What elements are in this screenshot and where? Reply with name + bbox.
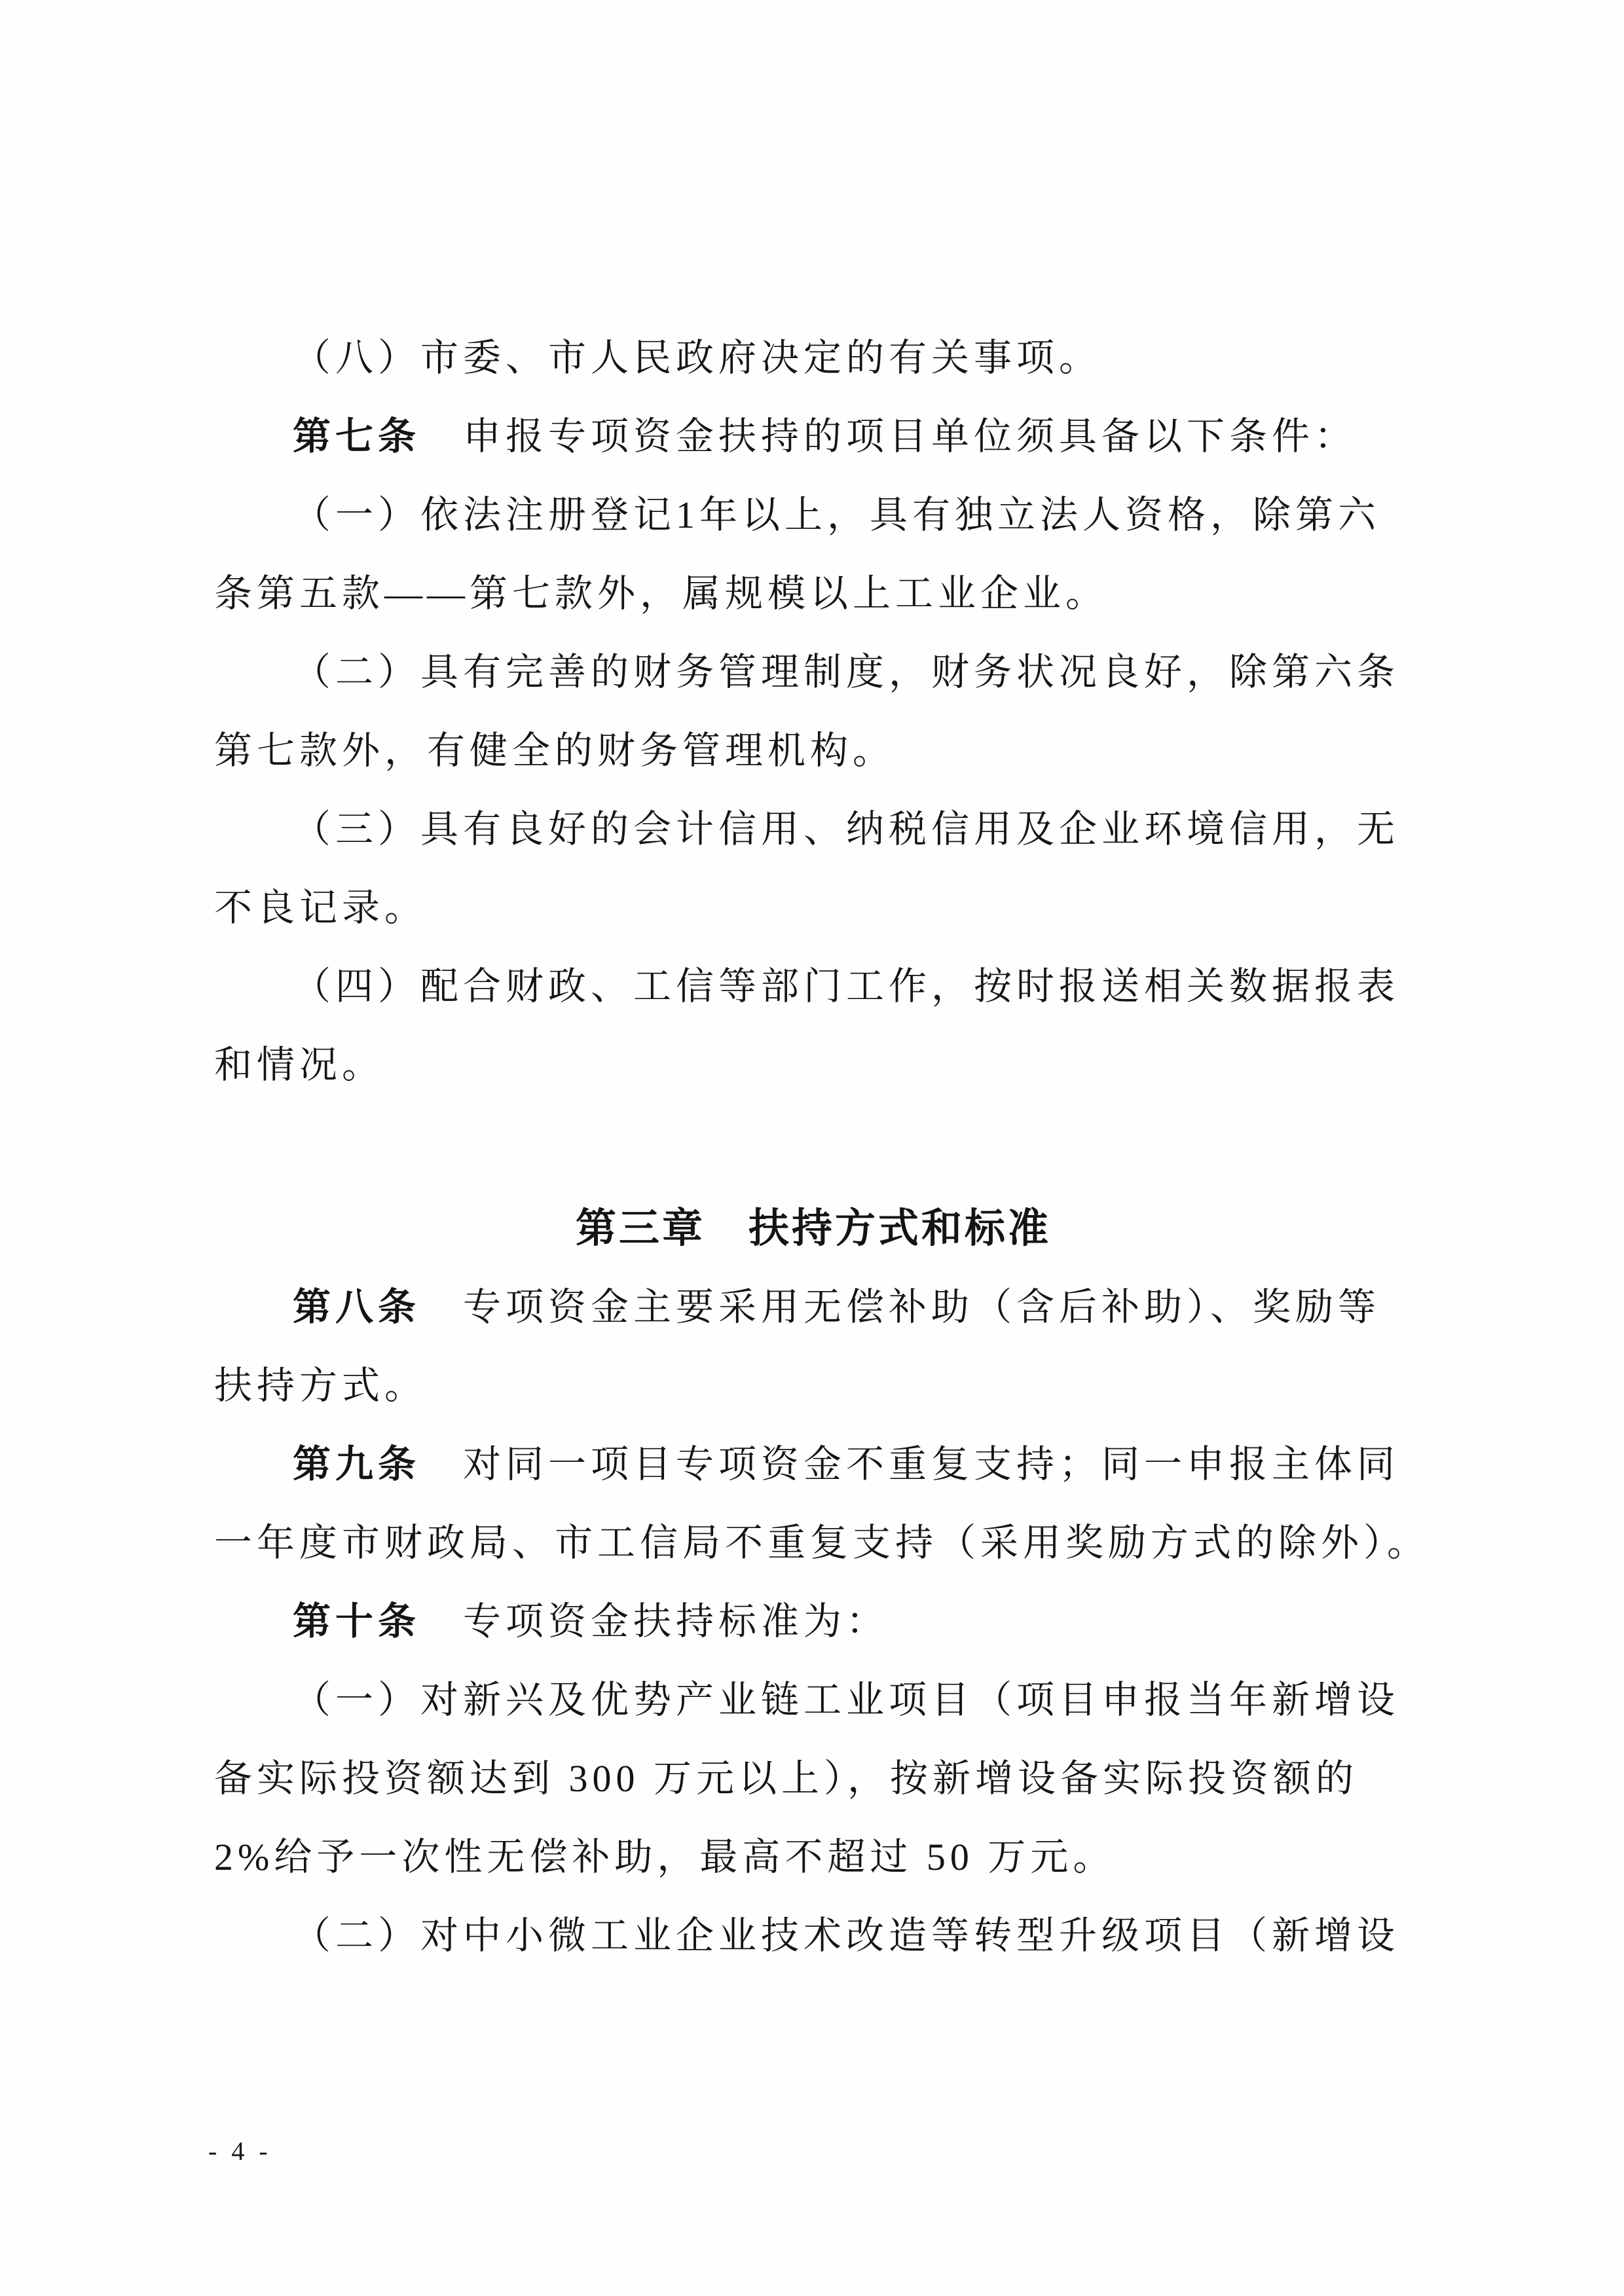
chapter-heading: 第三章 扶持方式和标准 bbox=[214, 1190, 1412, 1268]
text-segment: 第七款外，有健全的财务管理机构。 bbox=[214, 729, 895, 772]
text-line: 和情况。 bbox=[214, 1026, 1412, 1104]
text-line: （三）具有良好的会计信用、纳税信用及企业环境信用，无 bbox=[214, 790, 1412, 869]
document-content: （八）市委、市人民政府决定的有关事项。第七条 申报专项资金扶持的项目单位须具备以… bbox=[214, 319, 1412, 1975]
text-line: 第七条 申报专项资金扶持的项目单位须具备以下条件： bbox=[214, 397, 1412, 476]
text-line: 第十条 专项资金扶持标准为： bbox=[214, 1582, 1412, 1661]
text-line: 2%给予一次性无偿补助，最高不超过 50 万元。 bbox=[214, 1818, 1412, 1897]
text-segment: （一）依法注册登记1年以上，具有独立法人资格，除第六 bbox=[293, 494, 1380, 536]
article-number: 第十条 bbox=[293, 1600, 420, 1643]
text-segment: （二）具有完善的财务管理制度，财务状况良好，除第六条 bbox=[293, 651, 1399, 693]
text-line: （四）配合财政、工信等部门工作，按时报送相关数据报表 bbox=[214, 947, 1412, 1026]
article-number: 第九条 bbox=[293, 1443, 420, 1485]
article-number: 第三章 扶持方式和标准 bbox=[576, 1206, 1051, 1251]
text-line: 一年度市财政局、市工信局不重复支持（采用奖励方式的除外）。 bbox=[214, 1504, 1412, 1582]
text-line: 第八条 专项资金主要采用无偿补助（含后补助）、奖励等 bbox=[214, 1268, 1412, 1347]
text-line: 备实际投资额达到 300 万元以上），按新增设备实际投资额的 bbox=[214, 1740, 1412, 1818]
text-line: 不良记录。 bbox=[214, 869, 1412, 947]
text-line: （一）依法注册登记1年以上，具有独立法人资格，除第六 bbox=[214, 476, 1412, 555]
text-line: （八）市委、市人民政府决定的有关事项。 bbox=[214, 319, 1412, 397]
text-segment: 专项资金主要采用无偿补助（含后补助）、奖励等 bbox=[420, 1286, 1380, 1328]
article-number: 第八条 bbox=[293, 1286, 420, 1328]
text-line: 第九条 对同一项目专项资金不重复支持；同一申报主体同 bbox=[214, 1425, 1412, 1504]
text-segment: 2%给予一次性无偿补助，最高不超过 50 万元。 bbox=[214, 1836, 1115, 1878]
text-line: 扶持方式。 bbox=[214, 1347, 1412, 1425]
text-line: （二）具有完善的财务管理制度，财务状况良好，除第六条 bbox=[214, 633, 1412, 712]
text-segment: 对同一项目专项资金不重复支持；同一申报主体同 bbox=[420, 1443, 1399, 1485]
text-segment: 专项资金扶持标准为： bbox=[420, 1600, 889, 1643]
text-segment: 不良记录。 bbox=[214, 886, 427, 929]
text-line: （一）对新兴及优势产业链工业项目（项目申报当年新增设 bbox=[214, 1661, 1412, 1740]
text-segment: （一）对新兴及优势产业链工业项目（项目申报当年新增设 bbox=[293, 1679, 1399, 1721]
text-line: （二）对中小微工业企业技术改造等转型升级项目（新增设 bbox=[214, 1897, 1412, 1975]
text-segment: （四）配合财政、工信等部门工作，按时报送相关数据报表 bbox=[293, 965, 1399, 1008]
text-segment: 一年度市财政局、市工信局不重复支持（采用奖励方式的除外）。 bbox=[214, 1522, 1430, 1564]
text-line: 第七款外，有健全的财务管理机构。 bbox=[214, 712, 1412, 790]
text-segment: 申报专项资金扶持的项目单位须具备以下条件： bbox=[420, 415, 1357, 458]
page-number: - 4 - bbox=[208, 2136, 272, 2166]
text-segment: 条第五款——第七款外，属规模以上工业企业。 bbox=[214, 572, 1108, 615]
text-segment: （三）具有良好的会计信用、纳税信用及企业环境信用，无 bbox=[293, 808, 1399, 850]
text-segment: 和情况。 bbox=[214, 1044, 384, 1086]
text-segment: 备实际投资额达到 300 万元以上），按新增设备实际投资额的 bbox=[214, 1757, 1358, 1800]
text-segment: 扶持方式。 bbox=[214, 1364, 427, 1407]
text-line: 条第五款——第七款外，属规模以上工业企业。 bbox=[214, 555, 1412, 633]
text-segment: （八）市委、市人民政府决定的有关事项。 bbox=[293, 337, 1101, 379]
document-page: （八）市委、市人民政府决定的有关事项。第七条 申报专项资金扶持的项目单位须具备以… bbox=[0, 0, 1624, 2296]
text-segment: （二）对中小微工业企业技术改造等转型升级项目（新增设 bbox=[293, 1914, 1399, 1957]
article-number: 第七条 bbox=[293, 415, 420, 458]
